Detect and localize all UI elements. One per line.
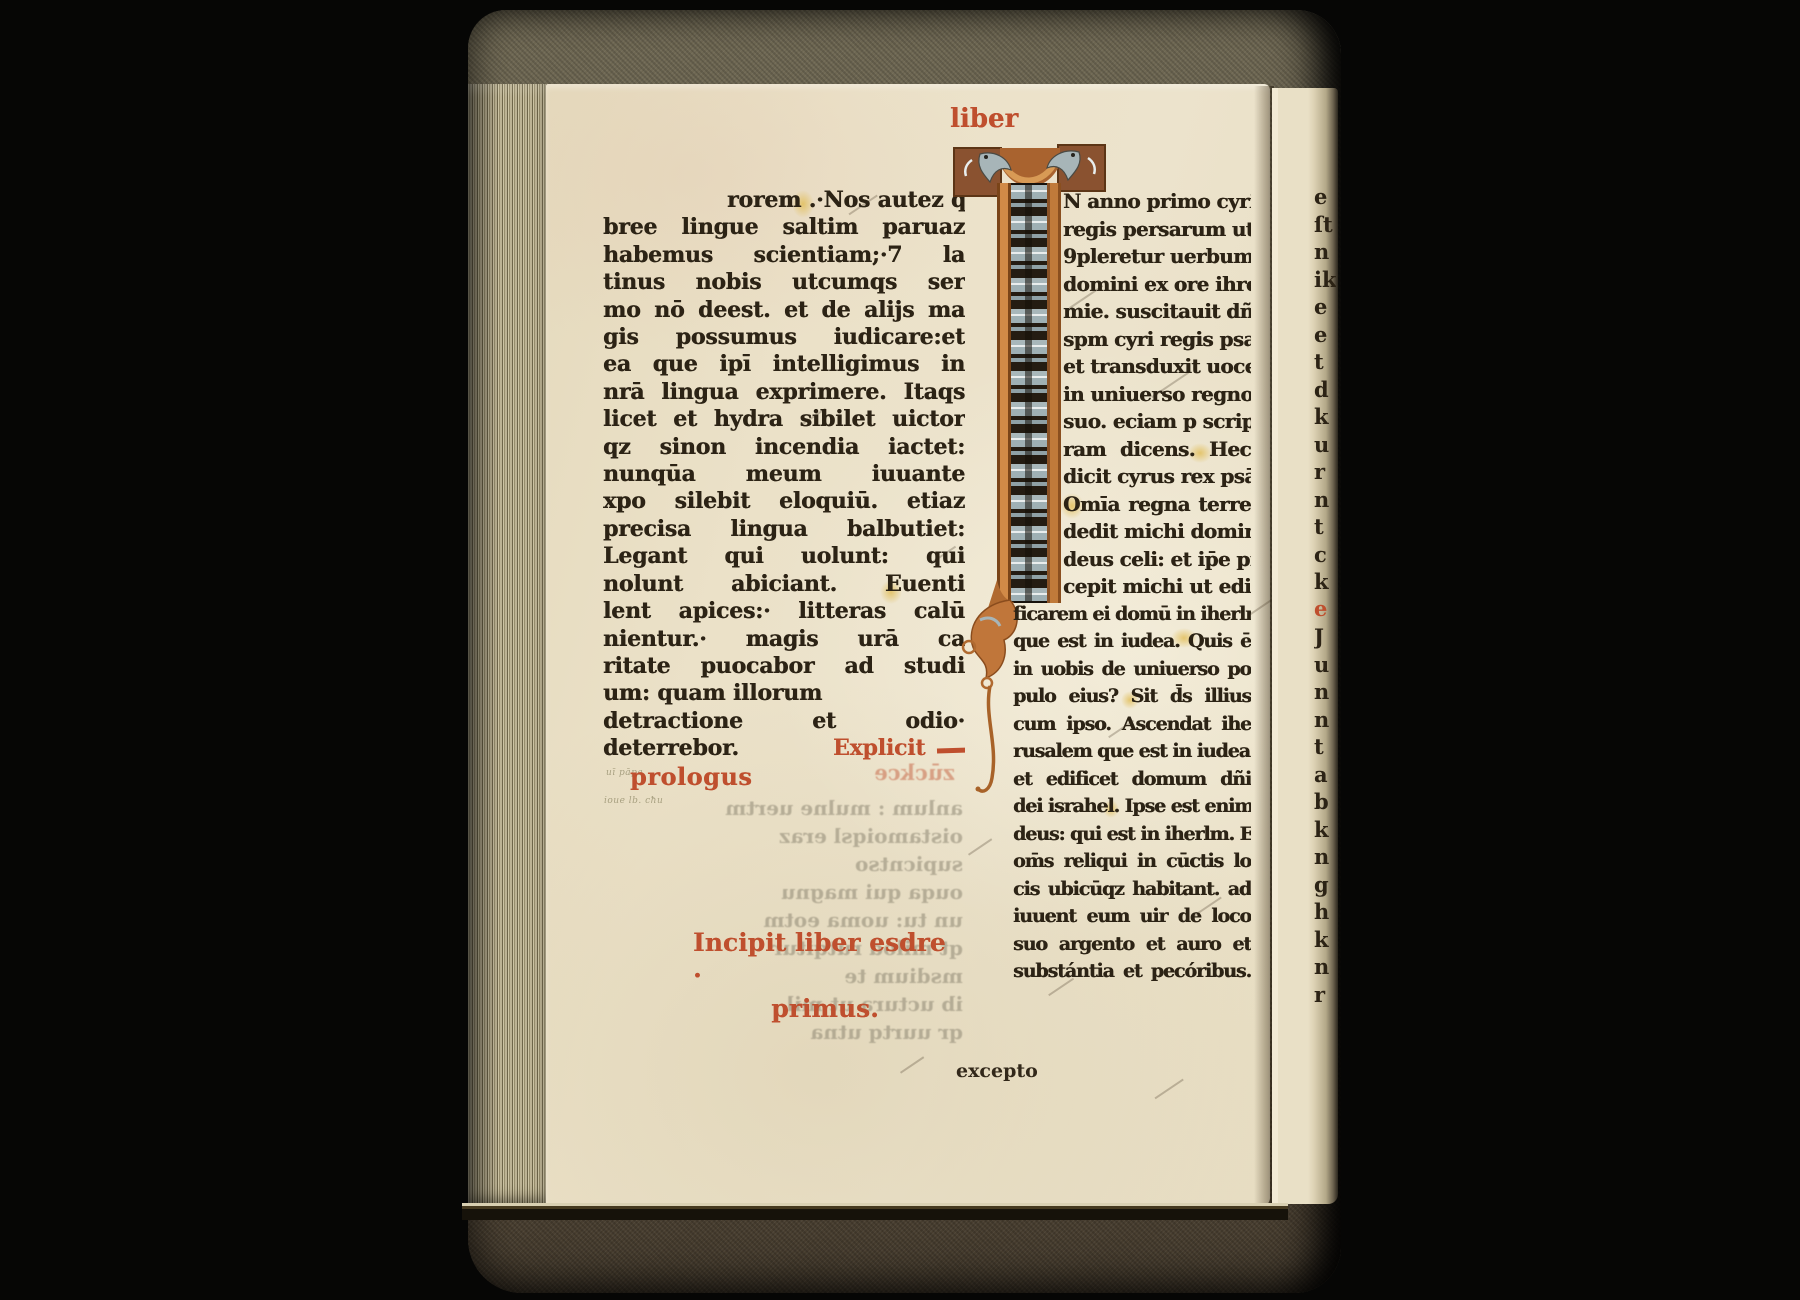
text-line: lent apices:· litteras calū [603,598,965,625]
text-line: ritate puocabor ad studi [603,653,965,680]
manuscript-photo: liber zūckce anlum : mulne uert [0,0,1800,1300]
text-line: nientur.· magis urā ca [603,626,965,653]
hairline-stroke [900,1056,924,1073]
text-line: habemus scientiam;·7 la [603,242,965,269]
text-line: cum ipso. Ascendat ihe [1013,711,1251,739]
rubric-incipit: Incipit liber esdre · primus. [693,926,957,1025]
hairline-stroke [1154,1079,1183,1099]
text-line: et edificet domum dñi [1013,766,1251,794]
text-line: spm cyri regis psar̄· [1013,326,1251,354]
text-line: rorem .·Nos autez qui he [603,187,965,214]
text-line: dei israhel. Ipse est enim [1013,793,1251,821]
text-line: domini ex ore ihre [1013,271,1251,299]
rubric-prologus: prologus [630,763,752,791]
text-line: ficarem ei domū in iherlm [1013,601,1251,629]
text-line: detractione et odio· [603,708,965,735]
gutter-shadow [1254,86,1274,1204]
text-line: nunqūa meum iuuante [603,461,965,488]
text-line: bree lingue saltim paruaz [603,214,965,241]
text-line: mo nō deest. et de alijs ma [603,297,965,324]
text-line: ram dicens. Hec [1013,436,1251,464]
book-bottom-edge [462,1203,1288,1220]
text-line: mie. suscitauit dñs [1013,298,1251,326]
text-line: et transduxit uocem [1013,353,1251,381]
text-line: iuuent eum uir de loco [1013,903,1251,931]
text-line: licet et hydra sibilet uictor [603,406,965,433]
text-line: in uobis de uniuerso po [1013,656,1251,684]
facing-page-edge: e ſt n ik e e t d k u r n t c k e J u n … [1272,88,1338,1204]
text-line: tinus nobis utcumqs ser [603,269,965,296]
text-line: om̄s reliqui in cūctis lo [1013,848,1251,876]
right-text-column: N anno primo cyri regis persarum ut 9ple… [1013,188,1251,986]
text-line: ea que ipī intelligimus in [603,351,965,378]
text-line: qz sinon incendia iactet: [603,434,965,461]
margin-note: ioue lb. cħu [604,796,663,806]
text-line: nolunt abiciant. Euenti [603,571,965,598]
text-line: suo argento et auro et [1013,931,1251,959]
text-line: um: quam illorum [603,680,965,707]
text-line: precisa lingua balbutiet: [603,516,965,543]
explicit-prefix: deterrebor. [603,735,739,761]
initial-letter: I [546,84,547,85]
text-line: xpo silebit eloquiū. etiaz [603,488,965,515]
page-stack-fore-edge [468,84,546,1206]
hairline-stroke [968,838,992,855]
text-line: in uniuerso regno [1013,381,1251,409]
text-line: regis persarum ut [1013,216,1251,244]
text-line: 9pleretur uerbum [1013,243,1251,271]
text-line: pulo eius? Sit d̄s illius [1013,683,1251,711]
text-line: rusalem que est in iudea: [1013,738,1251,766]
edge-letters: J u n n t a b k n g h k n r [1314,623,1336,1008]
edge-letters: e ſt n ik e e t d k u r n t c k [1314,183,1336,596]
incipit-line-1: Incipit liber esdre · [693,926,957,992]
catchword: excepto [956,1060,1038,1082]
recto-page: liber zūckce anlum : mulne uert [546,84,1270,1206]
text-line: suo. eciam p scriptu [1013,408,1251,436]
text-line: substántia et pecóribus. [1013,958,1251,986]
text-line: cis ubicūqz habitant. ad [1013,876,1251,904]
running-title: liber [950,104,1018,134]
text-line: Legant qui uolunt: qui [603,543,965,570]
text-line: que est in iudea. Quis ē [1013,628,1251,656]
edge-letter-red: e [1314,595,1336,623]
text-line: cepit michi ut edi [1013,573,1251,601]
text-line: nrā lingua exprimere. Itaqs [603,379,965,406]
text-line-prologus: prologus [603,763,965,792]
text-line: N anno primo cyri [1013,188,1251,216]
text-line: dicit cyrus rex psā. [1013,463,1251,491]
text-line: deus celi: et ip̄e pre [1013,546,1251,574]
text-line-explicit: deterrebor. Explicit [603,735,965,762]
text-line: deus: qui est in iherlm. Et [1013,821,1251,849]
incipit-line-2: primus. [693,992,957,1025]
text-line: dedit michi domin9 [1013,518,1251,546]
rubric-explicit: Explicit [833,735,925,762]
text-line: gis possumus iudicare:et [603,324,965,351]
text-line: Omīa regna terre [1013,491,1251,519]
left-text-column: rorem .·Nos autez qui he bree lingue sal… [603,187,965,792]
